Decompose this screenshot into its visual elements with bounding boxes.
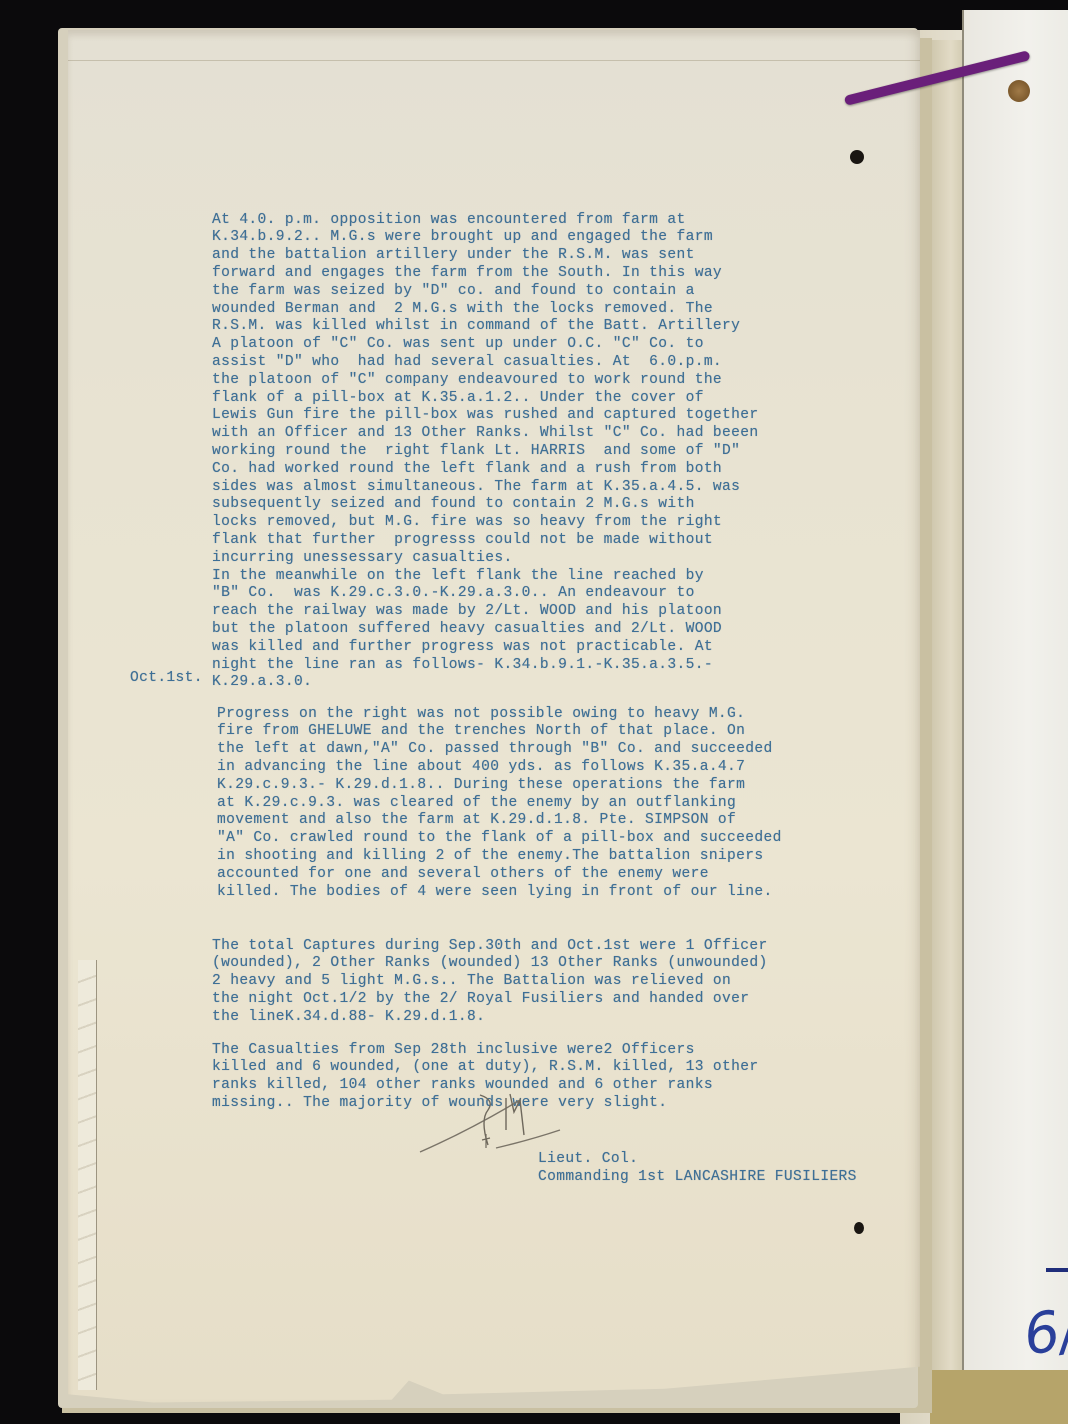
typed-line: at K.29.c.9.3. was cleared of the enemy … [217, 795, 782, 813]
typed-line: K.29.c.9.3.- K.29.d.1.8.. During these o… [217, 777, 782, 795]
typed-line: but the platoon suffered heavy casualtie… [212, 621, 758, 639]
typed-line: accounted for one and several others of … [217, 866, 782, 884]
punch-hole [850, 150, 864, 164]
typed-line: movement and also the farm at K.29.d.1.8… [217, 812, 782, 830]
typed-line: working round the right flank Lt. HARRIS… [212, 443, 758, 461]
typed-line: fire from GHELUWE and the trenches North… [217, 723, 782, 741]
typed-line: The total Captures during Sep.30th and O… [212, 938, 768, 956]
margin-dash-mark [1046, 1268, 1068, 1272]
typed-line: wounded Berman and 2 M.G.s with the lock… [212, 301, 758, 319]
typed-line: the platoon of "C" company endeavoured t… [212, 372, 758, 390]
typed-line: in shooting and killing 2 of the enemy.T… [217, 848, 782, 866]
typed-line: Co. had worked round the left flank and … [212, 461, 758, 479]
typed-line: the farm was seized by "D" co. and found… [212, 283, 758, 301]
typed-line: A platoon of "C" Co. was sent up under O… [212, 336, 758, 354]
typed-line: killed and 6 wounded, (one at duty), R.S… [212, 1059, 758, 1077]
typed-line: was killed and further progress was not … [212, 639, 758, 657]
typed-line: in advancing the line about 400 yds. as … [217, 759, 782, 777]
typed-line: locks removed, but M.G. fire was so heav… [212, 514, 758, 532]
paragraph-sep30: At 4.0. p.m. opposition was encountered … [212, 176, 758, 710]
typed-line: "B" Co. was K.29.c.3.0.-K.29.a.3.0.. An … [212, 585, 758, 603]
typed-line: subsequently seized and found to contain… [212, 496, 758, 514]
signature-rank: Lieut. Col. [538, 1151, 638, 1169]
typed-line: Lewis Gun fire the pill-box was rushed a… [212, 407, 758, 425]
typed-line: sides was almost simultaneous. The farm … [212, 479, 758, 497]
typed-line: (wounded), 2 Other Ranks (wounded) 13 Ot… [212, 955, 768, 973]
signature-unit: Commanding 1st LANCASHIRE FUSILIERS [538, 1169, 857, 1187]
paragraph-oct1: Progress on the right was not possible o… [217, 670, 782, 919]
margin-page-number: 6/ [1020, 1297, 1068, 1369]
typed-line: Progress on the right was not possible o… [217, 706, 782, 724]
typed-line: forward and engages the farm from the So… [212, 265, 758, 283]
map-fragment-edge [78, 960, 97, 1390]
punch-hole [854, 1222, 864, 1234]
typed-line: reach the railway was made by 2/Lt. WOOD… [212, 603, 758, 621]
typed-line: the left at dawn,"A" Co. passed through … [217, 741, 782, 759]
date-label: Oct.1st. [130, 670, 203, 688]
adjacent-page [962, 10, 1068, 1400]
page-fold-line [68, 52, 920, 61]
typed-line: The Casualties from Sep 28th inclusive w… [212, 1042, 758, 1060]
typed-line: At 4.0. p.m. opposition was encountered … [212, 212, 758, 230]
typed-line: R.S.M. was killed whilst in command of t… [212, 318, 758, 336]
folder-cover [930, 1370, 1068, 1424]
typed-line: and the battalion artillery under the R.… [212, 247, 758, 265]
typed-line: assist "D" who had had several casualtie… [212, 354, 758, 372]
typed-line: flank that further progresss could not b… [212, 532, 758, 550]
handwritten-signature [410, 1090, 580, 1160]
typed-line: K.34.b.9.2.. M.G.s were brought up and e… [212, 229, 758, 247]
typed-line: with an Officer and 13 Other Ranks. Whil… [212, 425, 758, 443]
typed-line: In the meanwhile on the left flank the l… [212, 568, 758, 586]
typed-line: killed. The bodies of 4 were seen lying … [217, 884, 782, 902]
typed-line: incurring unessessary casualties. [212, 550, 758, 568]
typed-line: "A" Co. crawled round to the flank of a … [217, 830, 782, 848]
typed-line: flank of a pill-box at K.35.a.1.2.. Unde… [212, 390, 758, 408]
typed-line: 2 heavy and 5 light M.G.s.. The Battalio… [212, 973, 768, 991]
brass-eyelet-icon [1008, 80, 1030, 102]
